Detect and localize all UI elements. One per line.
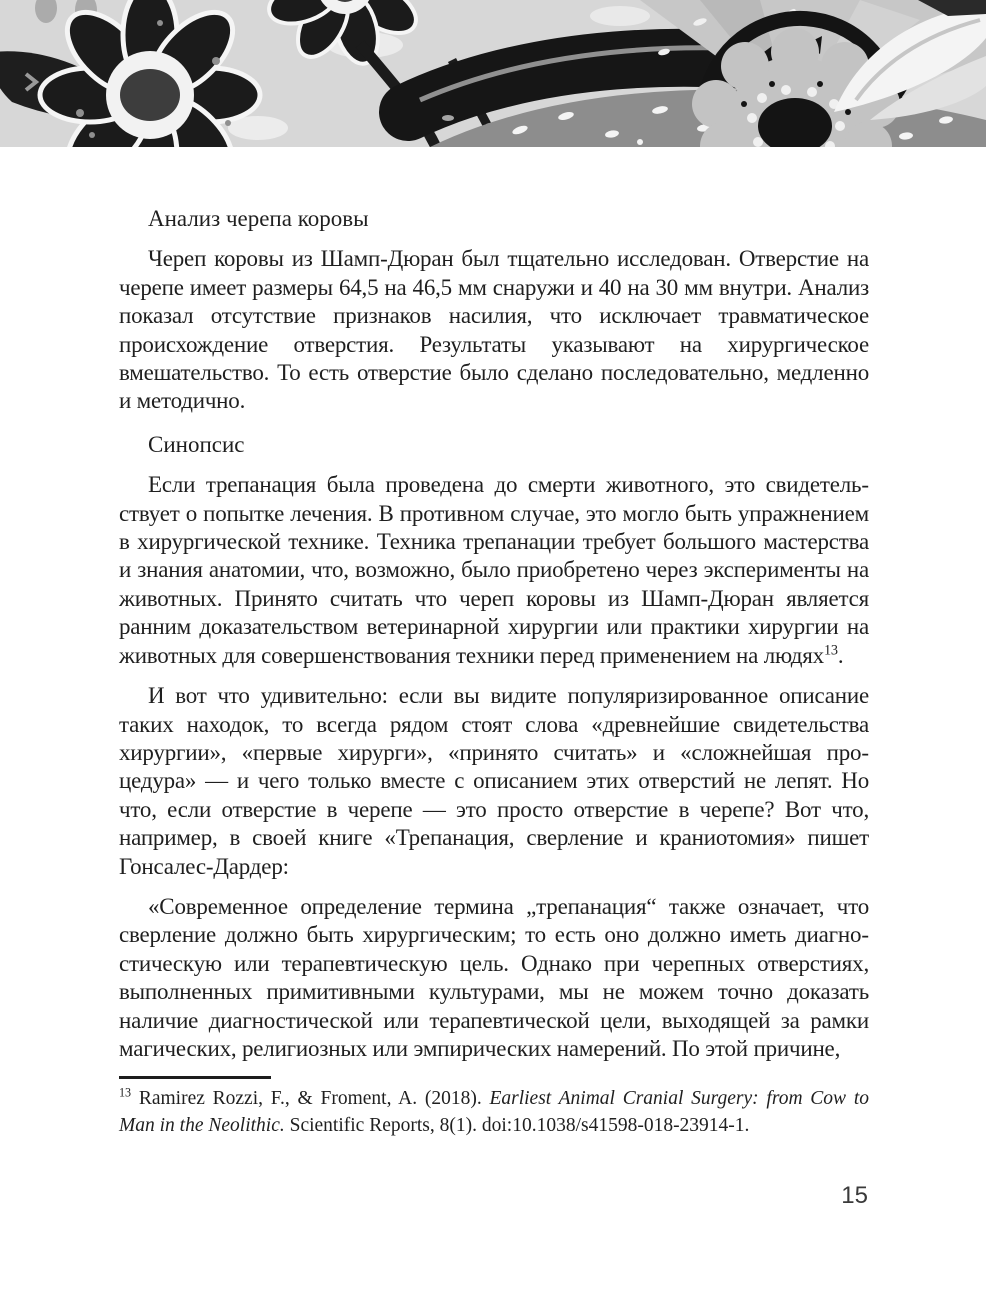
book-page: Анализ черепа коровы Череп коровы из Шам… xyxy=(0,0,986,1299)
footnote-marker: 13 xyxy=(119,1086,131,1100)
footnote-block: 13 Ramirez Rozzi, F., & Froment, A. (201… xyxy=(119,1076,869,1139)
section-heading-synopsis: Синопсис xyxy=(119,431,869,459)
page-number: 15 xyxy=(841,1182,868,1210)
paragraph-skull-analysis: Череп коровы из Шамп-Дюран был тщательно… xyxy=(119,245,869,415)
section-heading-skull-analysis: Анализ черепа коровы xyxy=(119,205,869,233)
paragraph-synopsis: Если трепанация была проведена до смерти… xyxy=(119,471,869,670)
text-column: Анализ черепа коровы Череп коровы из Шам… xyxy=(119,147,869,1139)
paragraph-synopsis-text: Если трепанация была проведена до смерти… xyxy=(119,472,869,667)
paragraph-commentary: И вот что удивительно: если вы видите по… xyxy=(119,682,869,881)
paragraph-quote: «Современное определение термина „трепан… xyxy=(119,893,869,1063)
footnote-journal: Scientific Reports, 8(1). doi:10.1038/s4… xyxy=(285,1115,750,1136)
floral-header-illustration xyxy=(0,0,986,147)
footnote-citation: 13 Ramirez Rozzi, F., & Froment, A. (201… xyxy=(119,1086,869,1139)
footnote-reference-13: 13 xyxy=(824,642,838,658)
paragraph-synopsis-period: . xyxy=(838,643,844,668)
footnote-authors: Ramirez Rozzi, F., & Froment, A. (2018). xyxy=(131,1088,489,1109)
footnote-divider xyxy=(119,1076,271,1079)
